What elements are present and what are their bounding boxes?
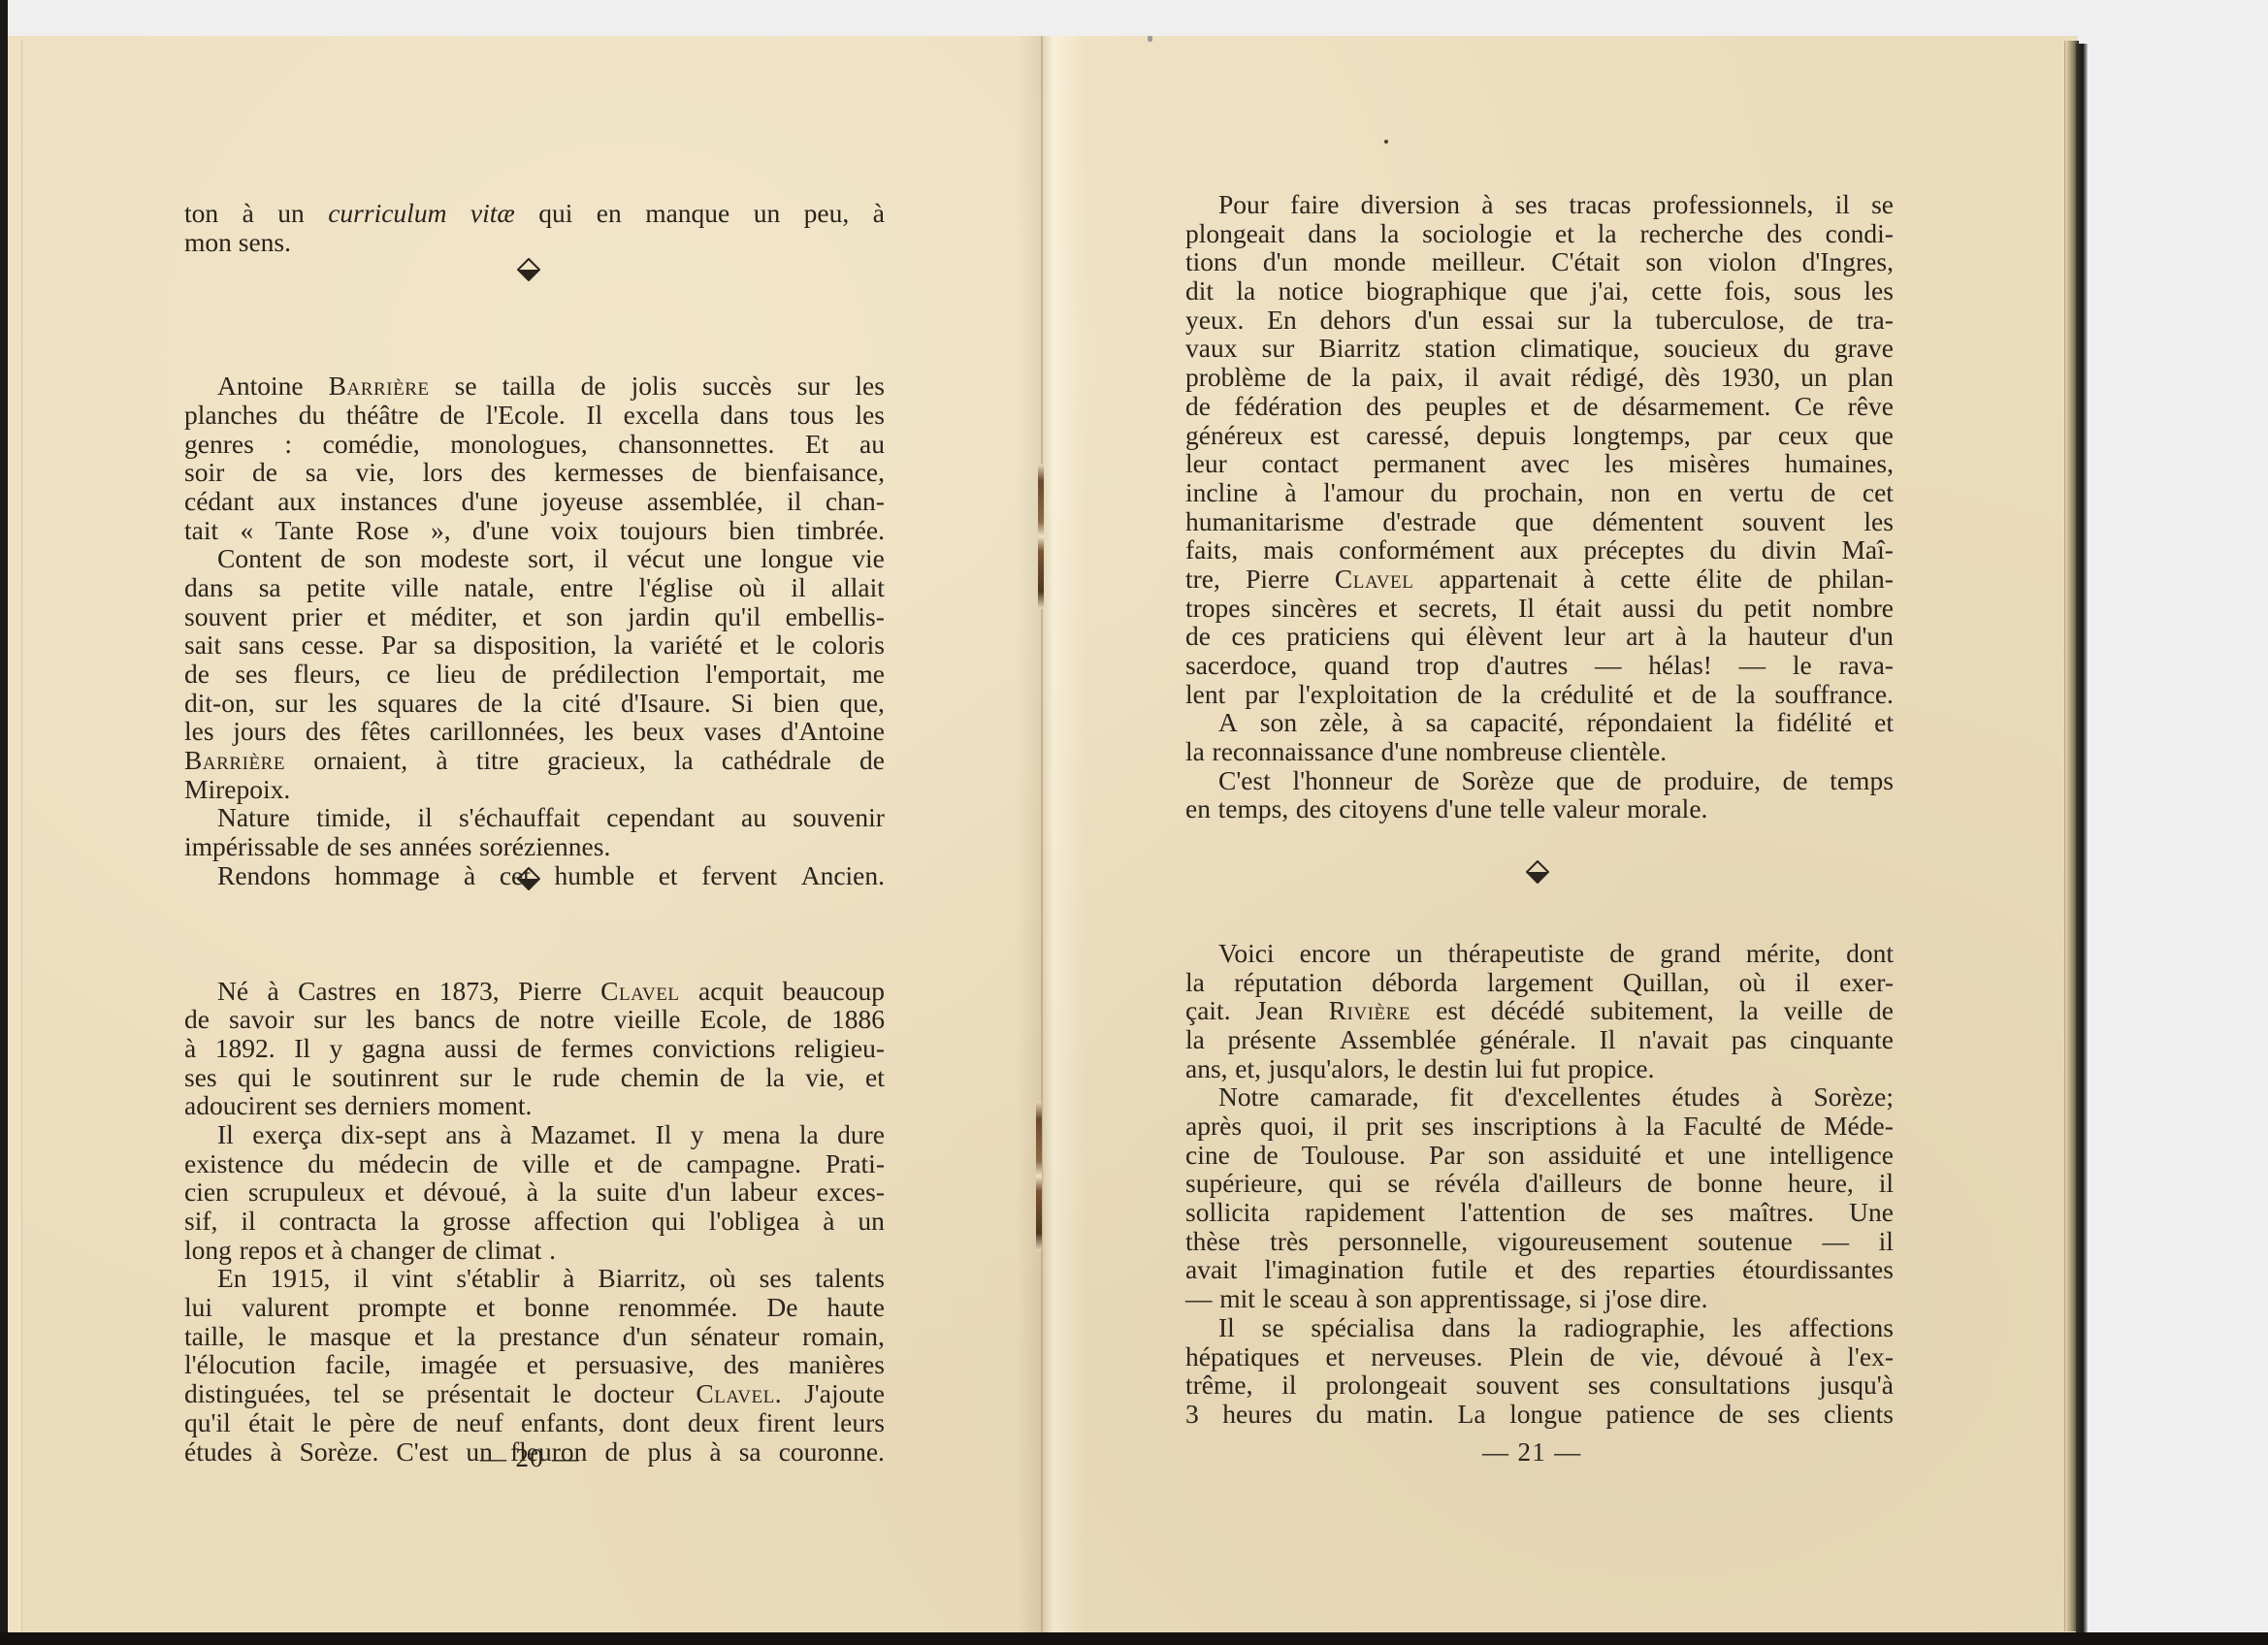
word: Pierre	[1246, 564, 1310, 594]
word: la	[1739, 996, 1759, 1025]
text-line: Pourfairediversionàsestracasprofessionne…	[1185, 190, 1894, 219]
text-line: tre,PierreClavelappartenaitàcetteélitede…	[1185, 564, 1894, 594]
word: la	[1598, 219, 1617, 248]
text-line: desesfleurs,celieudeprédilectionl'emport…	[184, 660, 885, 689]
word: docteur	[594, 1379, 673, 1408]
word: et	[659, 861, 678, 890]
word: n'avait	[1638, 1025, 1708, 1054]
word: ville	[391, 573, 438, 602]
text-line: Mirepoix.	[184, 775, 885, 804]
word: genres	[184, 430, 254, 459]
text-line: souventprieretméditer,etsonjardinqu'ilem…	[184, 602, 885, 631]
word: adoucirent	[184, 1091, 297, 1120]
word: d'un	[1849, 622, 1894, 651]
text-line: 3heuresdumatin.Lalonguepatiencedesesclie…	[1185, 1400, 1894, 1429]
word: de	[1647, 1169, 1672, 1198]
word: dans	[720, 401, 768, 430]
word: imagée	[420, 1350, 497, 1379]
word: qui	[652, 1207, 686, 1236]
word: caressé,	[1366, 421, 1449, 450]
word: telle	[1500, 794, 1545, 823]
word: l'imagination	[1264, 1255, 1404, 1284]
word: où	[709, 1264, 736, 1293]
word: à	[1481, 190, 1493, 219]
word: rava-	[1838, 651, 1893, 680]
word: valeur	[1553, 794, 1620, 823]
word: manque	[645, 199, 729, 228]
booklet-shadow	[2076, 44, 2088, 1634]
text-line: tonàuncurriculumvitæquienmanqueunpeu,à	[184, 199, 885, 228]
word: de	[859, 746, 885, 775]
word: fédération	[1234, 392, 1342, 421]
word: à	[1391, 708, 1403, 737]
word: à	[823, 1207, 834, 1236]
word: les	[855, 371, 885, 401]
word: ses	[760, 1264, 793, 1293]
word: de	[495, 1005, 520, 1034]
word: clients	[1824, 1400, 1894, 1429]
text-line: Notrecamarade,fitd'excellentesétudesàSor…	[1185, 1082, 1894, 1112]
word: aux	[277, 487, 316, 516]
word: et,	[1235, 1054, 1261, 1083]
word: d'une	[1436, 794, 1492, 823]
word: affection	[534, 1207, 628, 1236]
word: Sorèze	[1461, 766, 1534, 795]
word: praticiens	[1286, 622, 1390, 651]
word: temps,	[1218, 794, 1289, 823]
text-line: avaitl'imaginationfutileetdesrepartiesét…	[1185, 1255, 1894, 1284]
word: mit	[1219, 1284, 1255, 1313]
word: fit	[1449, 1082, 1473, 1112]
word: Sorèze;	[1814, 1082, 1894, 1112]
word: les	[1604, 449, 1635, 478]
text-line: aprèsquoi,ilpritsesinscriptionsàlaFacult…	[1185, 1112, 1894, 1141]
word: préceptes	[1583, 535, 1684, 564]
word: il	[1281, 1371, 1296, 1400]
word: Né	[217, 977, 248, 1006]
word: il	[791, 573, 805, 602]
word: dire.	[1660, 1284, 1708, 1313]
word: permanent	[1374, 449, 1486, 478]
word: de	[442, 1236, 468, 1265]
word: la	[1502, 680, 1521, 709]
word: :	[284, 430, 292, 459]
word: des	[491, 458, 527, 487]
word: couronne.	[779, 1437, 885, 1467]
word: les	[328, 689, 358, 718]
word: il	[1464, 363, 1478, 392]
scan-background-left-edge	[0, 0, 8, 1645]
text-line: sollicitarapidementl'attentiondesesmaîtr…	[1185, 1198, 1894, 1227]
word: se	[1871, 190, 1894, 219]
word: planches	[184, 401, 277, 430]
word: vie,	[1641, 1342, 1680, 1371]
word: hélas!	[1648, 651, 1712, 680]
word: dont	[1846, 939, 1894, 968]
word: 1886	[831, 1005, 885, 1034]
word: longue	[1509, 1400, 1582, 1429]
word: avait	[1185, 1255, 1237, 1284]
word: d'Antoine	[781, 717, 885, 746]
word: sur	[275, 689, 308, 718]
text-line: Ilsespécialisadanslaradiographie,lesaffe…	[1185, 1313, 1894, 1342]
word: théâtre	[346, 401, 419, 430]
text-line: sesquilesoutinrentsurlerudechemindelavie…	[184, 1063, 885, 1092]
word: il	[594, 544, 608, 573]
word: qui	[1410, 622, 1444, 651]
word: de	[517, 1034, 542, 1063]
word: entre	[560, 573, 613, 602]
word: en	[395, 977, 420, 1006]
word: mérite,	[1746, 939, 1821, 968]
word: destin	[1424, 1054, 1488, 1083]
half-filled-diamond-ornament-icon	[1526, 860, 1549, 884]
word: qu'il	[715, 602, 761, 631]
word: Assemblée	[1340, 1025, 1457, 1054]
word: affections	[1789, 1313, 1894, 1342]
word: secrets,	[1418, 594, 1498, 623]
word: du	[1783, 334, 1810, 363]
word: comédie,	[323, 430, 420, 459]
word: veille	[1784, 996, 1843, 1025]
word: dans	[1308, 219, 1356, 248]
word: tre,	[1185, 564, 1220, 594]
word: fleurs,	[293, 660, 361, 689]
word: sincères	[1272, 594, 1358, 623]
word: vigoureusement	[1498, 1227, 1669, 1256]
word: de	[327, 832, 352, 861]
word: vieille	[614, 1005, 681, 1034]
word: Faculté	[1683, 1112, 1762, 1141]
word: titre	[476, 746, 519, 775]
word: notre	[539, 1005, 595, 1034]
word: Barrière	[184, 746, 285, 775]
word: Une	[1849, 1198, 1894, 1227]
word: qui	[238, 1063, 272, 1092]
text-line: ans,et,jusqu'alors,ledestinluifutpropice…	[1185, 1054, 1894, 1083]
word: Méde-	[1824, 1112, 1894, 1141]
text-line: cinedeToulouse.Parsonassiduitéetuneintel…	[1185, 1141, 1894, 1170]
word: radiographie,	[1564, 1313, 1705, 1342]
word: il	[787, 487, 801, 516]
word: en	[1185, 794, 1211, 823]
word: Prati-	[826, 1149, 885, 1178]
word: le	[776, 630, 795, 660]
word: les	[584, 717, 614, 746]
half-filled-diamond-ornament-icon	[517, 258, 540, 281]
word: reparties	[1624, 1255, 1716, 1284]
word: bonne	[524, 1293, 589, 1322]
word: l'Ecole.	[486, 401, 566, 430]
word: encore	[1300, 939, 1371, 968]
word: station	[1425, 334, 1496, 363]
text-line: luivalurentprompteetbonnerenommée.Dehaut…	[184, 1293, 885, 1322]
word: cédant	[184, 487, 254, 516]
text-line: çait.JeanRivièreestdécédésubitement,lave…	[1185, 996, 1894, 1025]
word: grand	[1660, 939, 1721, 968]
word: Rose	[356, 516, 409, 545]
text-line: tionsd'unmondemeilleur.C'étaitsonviolond…	[1185, 247, 1894, 276]
word: nombreuse	[1445, 737, 1563, 766]
word: de	[1590, 1342, 1615, 1371]
word: labeur	[730, 1177, 797, 1207]
word: d'une	[462, 487, 518, 516]
word: il	[353, 1264, 368, 1293]
paper-speck	[1384, 140, 1388, 144]
word: vie	[852, 544, 885, 573]
word: climatique,	[1520, 334, 1639, 363]
word: essai	[1482, 306, 1534, 335]
word: et	[476, 1293, 496, 1322]
word: dit	[1185, 276, 1214, 306]
word: mais	[1263, 535, 1313, 564]
word: fervent	[701, 861, 777, 890]
word: monologues,	[450, 430, 587, 459]
word: la	[1645, 1112, 1665, 1141]
text-line: à1892.Ilygagnaaussidefermesconvictionsre…	[184, 1034, 885, 1063]
word: de	[1616, 766, 1641, 795]
word: produire,	[1664, 766, 1761, 795]
word: avait	[1499, 363, 1550, 392]
word: révéla	[1435, 1169, 1500, 1198]
word: souffrance.	[1775, 680, 1894, 709]
text-line: cienscrupuleuxetdévoué,àlasuited'unlabeu…	[184, 1177, 885, 1207]
word: la	[674, 746, 694, 775]
word: aussi	[1622, 594, 1675, 623]
paper-speck	[1148, 36, 1152, 42]
word: de	[1609, 939, 1635, 968]
text-line: genres:comédie,monologues,chansonnettes.…	[184, 430, 885, 459]
word: plus	[647, 1437, 692, 1467]
word: lent	[1185, 680, 1225, 709]
word: prit	[1366, 1112, 1403, 1141]
word: rude	[553, 1063, 600, 1092]
word: Toulouse.	[1302, 1141, 1406, 1170]
word: Clavel.	[696, 1379, 782, 1408]
booklet-left-edge	[8, 41, 22, 1631]
word: temps	[1830, 766, 1894, 795]
word: et	[594, 1149, 613, 1178]
word: fermes	[561, 1034, 633, 1063]
word: longue	[761, 544, 833, 573]
word: par	[1717, 421, 1751, 450]
binding-stitch-top	[1038, 464, 1044, 609]
word: prochain,	[1483, 478, 1583, 507]
word: cette	[1620, 564, 1670, 594]
word: assiduité	[1548, 1141, 1641, 1170]
word: du	[308, 1149, 335, 1178]
word: la	[1379, 219, 1399, 248]
word: étourdissantes	[1742, 1255, 1894, 1284]
word: Il	[217, 1120, 234, 1149]
text-line: yeux.Endehorsd'unessaisurlatuberculose,d…	[1185, 306, 1894, 335]
word: en	[1677, 478, 1702, 507]
word: Nature	[217, 803, 290, 832]
word: dans	[184, 573, 233, 602]
word: leurs	[832, 1408, 884, 1437]
word: le	[292, 1063, 311, 1092]
text-line: existencedumédecindevilleetdecampagne.Pr…	[184, 1149, 885, 1178]
word: vaux	[1185, 334, 1237, 363]
word: prolongeait	[1325, 1371, 1446, 1400]
word: bonne	[1698, 1169, 1763, 1198]
word: la	[1351, 363, 1371, 392]
word: variété	[650, 630, 723, 660]
word: zèle,	[1319, 708, 1369, 737]
word: une	[1707, 1141, 1746, 1170]
text-line: distinguées,telseprésentaitledocteurClav…	[184, 1379, 885, 1408]
word: cet	[1863, 478, 1894, 507]
word: Antoine	[217, 371, 304, 401]
word: dure	[837, 1120, 885, 1149]
word: que	[1530, 276, 1569, 306]
text-line: qu'ilétaitlepèredeneufenfants,dontdeuxfi…	[184, 1408, 885, 1437]
word: de	[692, 458, 717, 487]
word: modeste	[420, 544, 509, 573]
word: un	[1396, 939, 1423, 968]
word: tracas	[1569, 190, 1631, 219]
word: après	[1185, 1112, 1242, 1141]
word: à	[500, 1120, 511, 1149]
word: incline	[1185, 478, 1258, 507]
word: les	[184, 717, 214, 746]
ornament-spacer	[184, 890, 885, 977]
word: Et	[805, 430, 828, 459]
word: cathédrale	[722, 746, 831, 775]
word: de	[1185, 622, 1211, 651]
word: s'échauffait	[459, 803, 580, 832]
word: succès	[702, 371, 772, 401]
word: sort,	[528, 544, 574, 573]
word: fut	[1531, 1054, 1561, 1083]
word: l'élocution	[184, 1350, 296, 1379]
word: humaines,	[1785, 449, 1894, 478]
word: la	[523, 689, 542, 718]
word: élèvent	[1466, 622, 1542, 651]
text-line: Voiciencoreunthérapeutistedegrandmérite,…	[1185, 939, 1894, 968]
word: la	[1185, 737, 1205, 766]
word: les	[855, 401, 885, 430]
word: de	[604, 1437, 630, 1467]
word: cien	[184, 1177, 229, 1207]
word: existence	[184, 1149, 283, 1178]
word: 1892.	[215, 1034, 275, 1063]
word: J'ajoute	[804, 1379, 885, 1408]
word: dès	[1665, 363, 1701, 392]
word: méditer,	[410, 602, 498, 631]
word: crédulité	[1540, 680, 1634, 709]
word: répondaient	[1586, 708, 1712, 737]
word: ans	[445, 1120, 481, 1149]
word: la	[1736, 680, 1756, 709]
word: lui	[184, 1293, 212, 1322]
word: kermesses	[554, 458, 664, 487]
word: le	[1263, 1284, 1282, 1313]
word: les	[1733, 1313, 1763, 1342]
word: acquit	[698, 977, 763, 1006]
word: vertu	[1729, 478, 1784, 507]
word: —	[1823, 1227, 1850, 1256]
word: biographique	[1366, 276, 1507, 306]
word: petit	[1744, 594, 1792, 623]
word: sur	[1557, 306, 1590, 335]
word: personnelle,	[1339, 1227, 1469, 1256]
word: firent	[758, 1408, 816, 1437]
word: de	[637, 1149, 663, 1178]
word: des	[724, 1350, 760, 1379]
word: aux	[1520, 535, 1559, 564]
word: d'un	[1414, 306, 1459, 335]
word: dix-sept	[340, 1120, 427, 1149]
word: monde	[1334, 247, 1407, 276]
word: morale.	[1627, 794, 1707, 823]
word: ceux	[1778, 421, 1829, 450]
word: apprentissage,	[1420, 1284, 1572, 1313]
word: 1873,	[439, 977, 500, 1006]
word: hauteur	[1748, 622, 1828, 651]
word: excella	[624, 401, 699, 430]
word: trop	[1416, 651, 1459, 680]
word: du	[1316, 1400, 1344, 1429]
word: patience	[1605, 1400, 1695, 1429]
word: —	[1185, 1284, 1213, 1313]
word: l'emportait,	[705, 660, 826, 689]
word: Content	[217, 544, 302, 573]
word: la	[614, 630, 633, 660]
word: Tante	[275, 516, 335, 545]
word: supérieure,	[1185, 1169, 1303, 1198]
text-line: l'élocutionfacile,imagéeetpersuasive,des…	[184, 1350, 885, 1379]
word: Sorèze.	[300, 1437, 379, 1467]
word: très	[1270, 1227, 1309, 1256]
word: deux	[688, 1408, 739, 1437]
word: se	[1262, 1313, 1284, 1342]
word: talents	[815, 1264, 885, 1293]
text-line: adoucirentsesderniersmoment.	[184, 1091, 885, 1120]
word: recherche	[1639, 219, 1743, 248]
word: l'ex-	[1847, 1342, 1894, 1371]
text-line: problèmedelapaix,ilavaitrédigé,dès1930,u…	[1185, 363, 1894, 392]
word: de	[184, 660, 210, 689]
word: y	[691, 1120, 704, 1149]
word: toujours	[620, 516, 707, 545]
word: et	[385, 1177, 405, 1207]
word: tailla	[502, 371, 556, 401]
text-line: longreposetàchangerdeclimat.	[184, 1236, 885, 1265]
word: tions	[1185, 247, 1237, 276]
word: chansonnettes.	[618, 430, 774, 459]
word: présentait	[427, 1379, 531, 1408]
word: petite	[307, 573, 366, 602]
word: bien	[729, 516, 774, 545]
word: taille,	[184, 1322, 244, 1351]
word: ses	[1661, 1198, 1694, 1227]
word: qu'il	[184, 1408, 231, 1437]
word: pas	[1732, 1025, 1767, 1054]
word: gagna	[362, 1034, 426, 1063]
text-line: Barrièreornaient,àtitregracieux,lacathéd…	[184, 746, 885, 775]
word: persuasive,	[575, 1350, 695, 1379]
word: d'un	[623, 1322, 667, 1351]
word: ses	[1767, 1400, 1800, 1429]
word: sous	[1794, 276, 1841, 306]
word: 3	[1185, 1400, 1199, 1429]
word: Biarritz,	[598, 1264, 686, 1293]
word: l'église	[639, 573, 714, 602]
word: et	[367, 602, 386, 631]
word: déborda	[1372, 968, 1458, 997]
word: du	[1697, 594, 1724, 623]
